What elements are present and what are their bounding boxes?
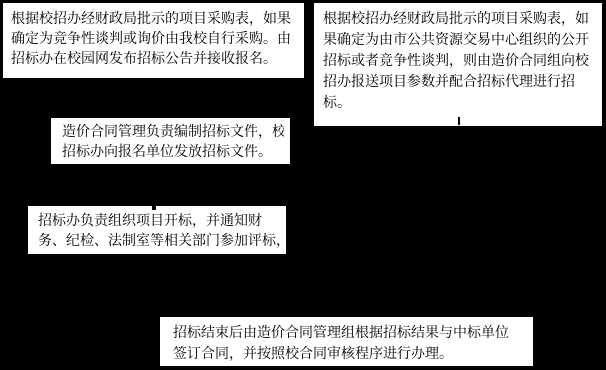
- flow-node-text-line: 招办报送项目参数并配合招标代理进行招: [323, 72, 597, 93]
- flow-node-text-line: 招标办负责组织项目开标，并通知财: [38, 211, 280, 231]
- flow-node-text-line: 根据校招办经财政局批示的项目采购表，如果: [11, 9, 298, 29]
- flow-node-text-line: 招标办在校园网发布招标公告并接收报名。: [11, 49, 298, 69]
- connector-stub-into-bid-opening: [152, 202, 156, 210]
- flow-node-self-procurement: 根据校招办经财政局批示的项目采购表，如果 确定为竞争性谈判或询价由我校自行采购。…: [2, 2, 305, 79]
- flow-node-text-line: 务、纪检、法制室等相关部门参加评标，: [38, 231, 280, 251]
- flow-node-text-line: 根据校招办经财政局批示的项目采购表，如: [323, 9, 597, 30]
- flow-node-text-line: 标。: [323, 93, 597, 114]
- flow-node-text-line: 确定为竞争性谈判或询价由我校自行采购。由: [11, 29, 298, 49]
- flow-node-sign-contract: 招标结束后由造价合同管理组根据招标结果与中标单位 签订合同，并按照校合同审核程序…: [159, 316, 534, 367]
- flow-node-text-line: 造价合同管理负责编制招标文件，校: [62, 122, 284, 142]
- flow-node-text-line: 招标或者竞争性谈判，则由造价合同组向校: [323, 51, 597, 72]
- flowchart-canvas: 根据校招办经财政局批示的项目采购表，如果 确定为竞争性谈判或询价由我校自行采购。…: [0, 0, 606, 370]
- flow-node-text-line: 招标结束后由造价合同管理组根据招标结果与中标单位: [173, 323, 527, 344]
- flow-node-text-line: 果确定为由市公共资源交易中心组织的公开: [323, 30, 597, 51]
- connector-stub-below-public-bidding: [458, 117, 460, 125]
- flow-node-text-line: 签订合同，并按照校合同审核程序进行办理。: [173, 344, 527, 365]
- flow-node-public-resource-bidding: 根据校招办经财政局批示的项目采购表，如 果确定为由市公共资源交易中心组织的公开 …: [313, 2, 603, 127]
- flow-node-text-line: 招标办向报名单位发放招标文件。: [62, 142, 284, 162]
- flow-node-bid-opening: 招标办负责组织项目开标，并通知财 务、纪检、法制室等相关部门参加评标，: [27, 205, 287, 255]
- flow-node-prepare-bid-documents: 造价合同管理负责编制招标文件，校 招标办向报名单位发放招标文件。: [50, 117, 291, 165]
